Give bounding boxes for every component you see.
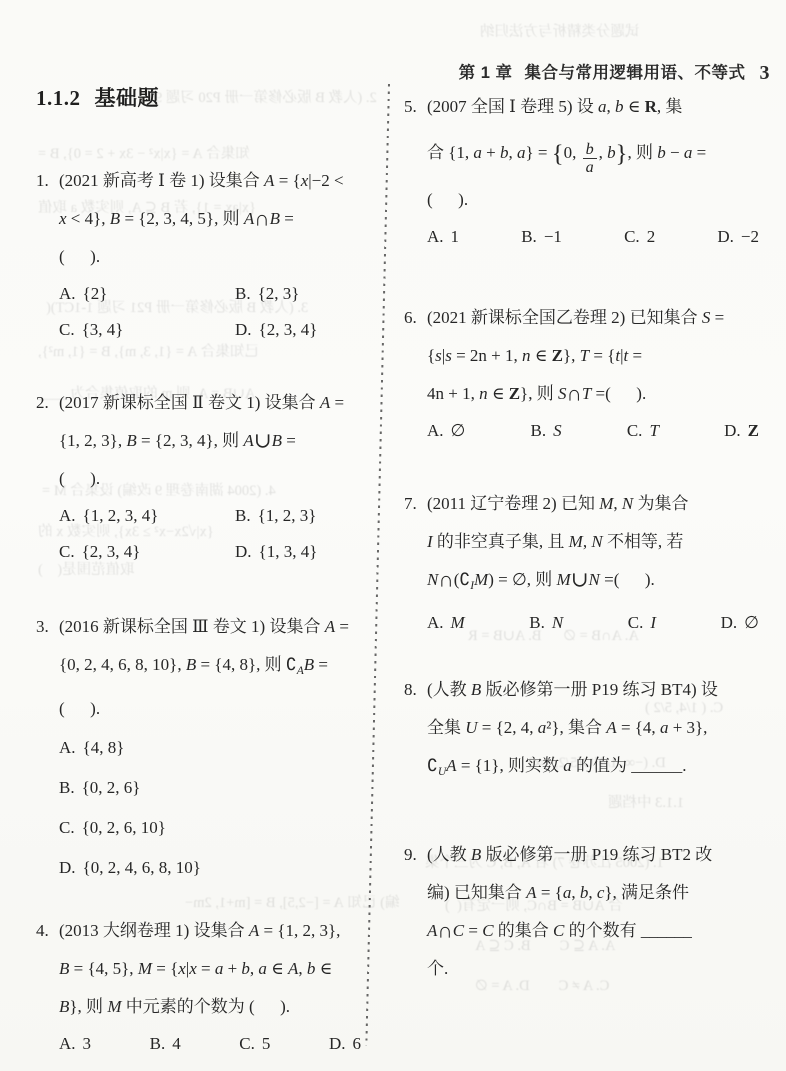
option-A: A.{4, 8}	[59, 728, 388, 768]
problem-text-line: ∁UA = {1}, 则实数 a 的值为 ______.	[427, 747, 772, 791]
problem-text-line: B = {4, 5}, M = {x|x = a + b, a ∈ A, b ∈	[59, 950, 388, 988]
problem-number: 1.	[36, 162, 49, 200]
problem-number: 6.	[404, 299, 417, 337]
problem-text-line: ( ).	[59, 238, 388, 276]
option-label: C.	[59, 818, 75, 837]
option-label: B.	[59, 778, 75, 797]
chapter-title: 集合与常用逻辑用语、不等式	[525, 64, 746, 82]
option-label: C.	[239, 1034, 255, 1053]
option-label: C.	[624, 227, 640, 246]
chapter-number: 第 1 章	[459, 64, 513, 82]
problem-number: 3.	[36, 608, 49, 646]
option-A: A.∅	[427, 413, 465, 449]
option-label: C.	[59, 542, 75, 561]
option-D: D.{2, 3, 4}	[235, 312, 388, 348]
option-D: D.∅	[721, 605, 759, 641]
option-D: D.6	[329, 1026, 361, 1062]
option-A: A.{2}	[59, 276, 235, 312]
problem-1: 1.(2021 新高考 Ⅰ 卷 1) 设集合 A = {x|−2 <x < 4}…	[36, 162, 388, 348]
options-problem-5: A.1B.−1C.2D.−2	[427, 219, 759, 255]
problem-number: 4.	[36, 912, 49, 950]
set-operator: ∩	[566, 382, 581, 406]
problem-3: 3.(2016 新课标全国 Ⅲ 卷文 1) 设集合 A ={0, 2, 4, 6…	[36, 608, 388, 888]
subscript: A	[297, 664, 304, 677]
option-label: D.	[717, 227, 734, 246]
option-label: B.	[531, 421, 547, 440]
problem-text-line: ( ).	[59, 690, 388, 728]
problem-8: 8.(人教 B 版必修第一册 P19 练习 BT4) 设全集 U = {2, 4…	[404, 671, 772, 791]
option-label: C.	[59, 320, 75, 339]
option-D: D.Z	[724, 413, 759, 449]
option-label: D.	[721, 613, 738, 632]
option-label: D.	[329, 1034, 346, 1053]
options-problem-4: A.3B.4C.5D.6	[59, 1026, 361, 1062]
option-label: A.	[427, 613, 444, 632]
problem-6: 6.(2021 新课标全国乙卷理 2) 已知集合 S ={s|s = 2n + …	[404, 299, 772, 449]
problem-number: 2.	[36, 384, 49, 422]
options-problem-2: A.{1, 2, 3, 4}B.{1, 2, 3}C.{2, 3, 4}D.{1…	[59, 498, 388, 570]
option-label: D.	[235, 542, 252, 561]
option-C: C.T	[627, 413, 659, 449]
problem-text-line: {0, 2, 4, 6, 8, 10}, B = {4, 8}, 则 ∁AB =	[59, 646, 388, 690]
option-B: B.{1, 2, 3}	[235, 498, 388, 534]
problem-text-line: {s|s = 2n + 1, n ∈ Z}, T = {t|t =	[427, 337, 772, 375]
right-column: 5.(2007 全国 Ⅰ 卷理 5) 设 a, b ∈ R, 集合 {1, a …	[404, 88, 772, 988]
set-operator: ∩	[437, 918, 452, 942]
option-D: D.{1, 3, 4}	[235, 534, 388, 570]
section-title: 1.1.2基础题	[36, 82, 388, 112]
problem-4: 4.(2013 大纲卷理 1) 设集合 A = {1, 2, 3},B = {4…	[36, 912, 388, 1062]
set-operator: ∪	[254, 428, 272, 452]
problem-text-line: (人教 B 版必修第一册 P19 练习 BT2 改	[427, 836, 772, 874]
set-operator: ∪	[571, 568, 589, 592]
option-A: A.{1, 2, 3, 4}	[59, 498, 235, 534]
problem-text-line: (2011 辽宁卷理 2) 已知 M, N 为集合	[427, 485, 772, 523]
option-C: C.{3, 4}	[59, 312, 235, 348]
option-A: A.1	[427, 219, 459, 255]
problem-text-line: (2021 新课标全国乙卷理 2) 已知集合 S =	[427, 299, 772, 337]
option-label: A.	[427, 421, 444, 440]
option-label: B.	[235, 284, 251, 303]
problem-text-line: ( ).	[59, 460, 388, 498]
left-column: 1.1.2基础题 1.(2021 新高考 Ⅰ 卷 1) 设集合 A = {x|−…	[36, 82, 388, 1062]
problem-text-line: {1, 2, 3}, B = {2, 3, 4}, 则 A∪B =	[59, 422, 388, 460]
bleedthrough-text: 试题分类精析与方法归纳	[480, 24, 640, 41]
page-number: 3	[760, 62, 771, 84]
option-C: C.I	[628, 605, 656, 641]
option-C: C.{2, 3, 4}	[59, 534, 235, 570]
option-B: B.{2, 3}	[235, 276, 388, 312]
option-label: C.	[628, 613, 644, 632]
problem-text-line: ( ).	[427, 181, 772, 219]
option-label: C.	[627, 421, 643, 440]
option-D: D.−2	[717, 219, 759, 255]
problem-5: 5.(2007 全国 Ⅰ 卷理 5) 设 a, b ∈ R, 集合 {1, a …	[404, 88, 772, 255]
option-label: A.	[59, 284, 76, 303]
fraction: ba	[583, 141, 597, 176]
options-problem-3: A.{4, 8}B.{0, 2, 6}C.{0, 2, 6, 10}D.{0, …	[59, 728, 388, 888]
problem-text-line: (2013 大纲卷理 1) 设集合 A = {1, 2, 3},	[59, 912, 388, 950]
problem-text-line: (人教 B 版必修第一册 P19 练习 BT4) 设	[427, 671, 772, 709]
problem-text-line: I 的非空真子集, 且 M, N 不相等, 若	[427, 523, 772, 561]
option-D: D.{0, 2, 4, 6, 8, 10}	[59, 848, 388, 888]
option-label: D.	[724, 421, 741, 440]
option-label: A.	[59, 1034, 76, 1053]
options-problem-7: A.MB.NC.ID.∅	[427, 605, 759, 641]
option-label: D.	[59, 858, 76, 877]
scanned-textbook-page: 试题分类精析与方法归纳2. (人教 B 版必修第一册 P20 习题 9)知集合 …	[0, 0, 786, 1071]
problem-text-line: N∩(∁IM) = ∅, 则 M∪N =( ).	[427, 561, 772, 605]
option-B: B.−1	[521, 219, 562, 255]
option-label: A.	[59, 506, 76, 525]
problem-number: 8.	[404, 671, 417, 709]
options-problem-1: A.{2}B.{2, 3}C.{3, 4}D.{2, 3, 4}	[59, 276, 388, 348]
option-label: B.	[235, 506, 251, 525]
option-B: B.N	[529, 605, 563, 641]
problem-text-line: (2016 新课标全国 Ⅲ 卷文 1) 设集合 A =	[59, 608, 388, 646]
problem-text-line: 合 {1, a + b, a} = {0, ba, b}, 则 b − a =	[427, 126, 772, 181]
problem-text-line: 个.	[427, 950, 772, 988]
problem-text-line: (2017 新课标全国 Ⅱ 卷文 1) 设集合 A =	[59, 384, 388, 422]
problem-text-line: x < 4}, B = {2, 3, 4, 5}, 则 A∩B =	[59, 200, 388, 238]
option-B: B.{0, 2, 6}	[59, 768, 388, 808]
set-operator: ∩	[438, 568, 453, 592]
option-label: D.	[235, 320, 252, 339]
problem-number: 5.	[404, 88, 417, 126]
options-problem-6: A.∅B.SC.TD.Z	[427, 413, 759, 449]
problem-text-line: 编) 已知集合 A = {a, b, c}, 满足条件	[427, 874, 772, 912]
option-C: C.2	[624, 219, 655, 255]
section-number: 1.1.2	[36, 86, 81, 110]
problem-number: 9.	[404, 836, 417, 874]
option-B: B.4	[150, 1026, 181, 1062]
problem-9: 9.(人教 B 版必修第一册 P19 练习 BT2 改编) 已知集合 A = {…	[404, 836, 772, 988]
problem-text-line: 全集 U = {2, 4, a²}, 集合 A = {4, a + 3},	[427, 709, 772, 747]
option-label: B.	[521, 227, 537, 246]
option-A: A.3	[59, 1026, 91, 1062]
problem-7: 7.(2011 辽宁卷理 2) 已知 M, N 为集合I 的非空真子集, 且 M…	[404, 485, 772, 641]
section-label: 基础题	[95, 87, 160, 110]
option-A: A.M	[427, 605, 465, 641]
problem-text-line: 4n + 1, n ∈ Z}, 则 S∩T =( ).	[427, 375, 772, 413]
option-C: C.5	[239, 1026, 270, 1062]
problem-2: 2.(2017 新课标全国 Ⅱ 卷文 1) 设集合 A ={1, 2, 3}, …	[36, 384, 388, 570]
problem-number: 7.	[404, 485, 417, 523]
set-operator: ∩	[254, 206, 269, 230]
option-C: C.{0, 2, 6, 10}	[59, 808, 388, 848]
problem-text-line: A∩C = C 的集合 C 的个数有 ______	[427, 912, 772, 950]
problem-text-line: B}, 则 M 中元素的个数为 ( ).	[59, 988, 388, 1026]
big-brace: }	[616, 140, 628, 167]
subscript: U	[438, 766, 446, 779]
big-brace: {	[552, 140, 564, 167]
option-label: A.	[59, 738, 76, 757]
option-label: A.	[427, 227, 444, 246]
problem-text-line: (2007 全国 Ⅰ 卷理 5) 设 a, b ∈ R, 集	[427, 88, 772, 126]
problem-text-line: (2021 新高考 Ⅰ 卷 1) 设集合 A = {x|−2 <	[59, 162, 388, 200]
option-label: B.	[529, 613, 545, 632]
option-B: B.S	[531, 413, 562, 449]
option-label: B.	[150, 1034, 166, 1053]
